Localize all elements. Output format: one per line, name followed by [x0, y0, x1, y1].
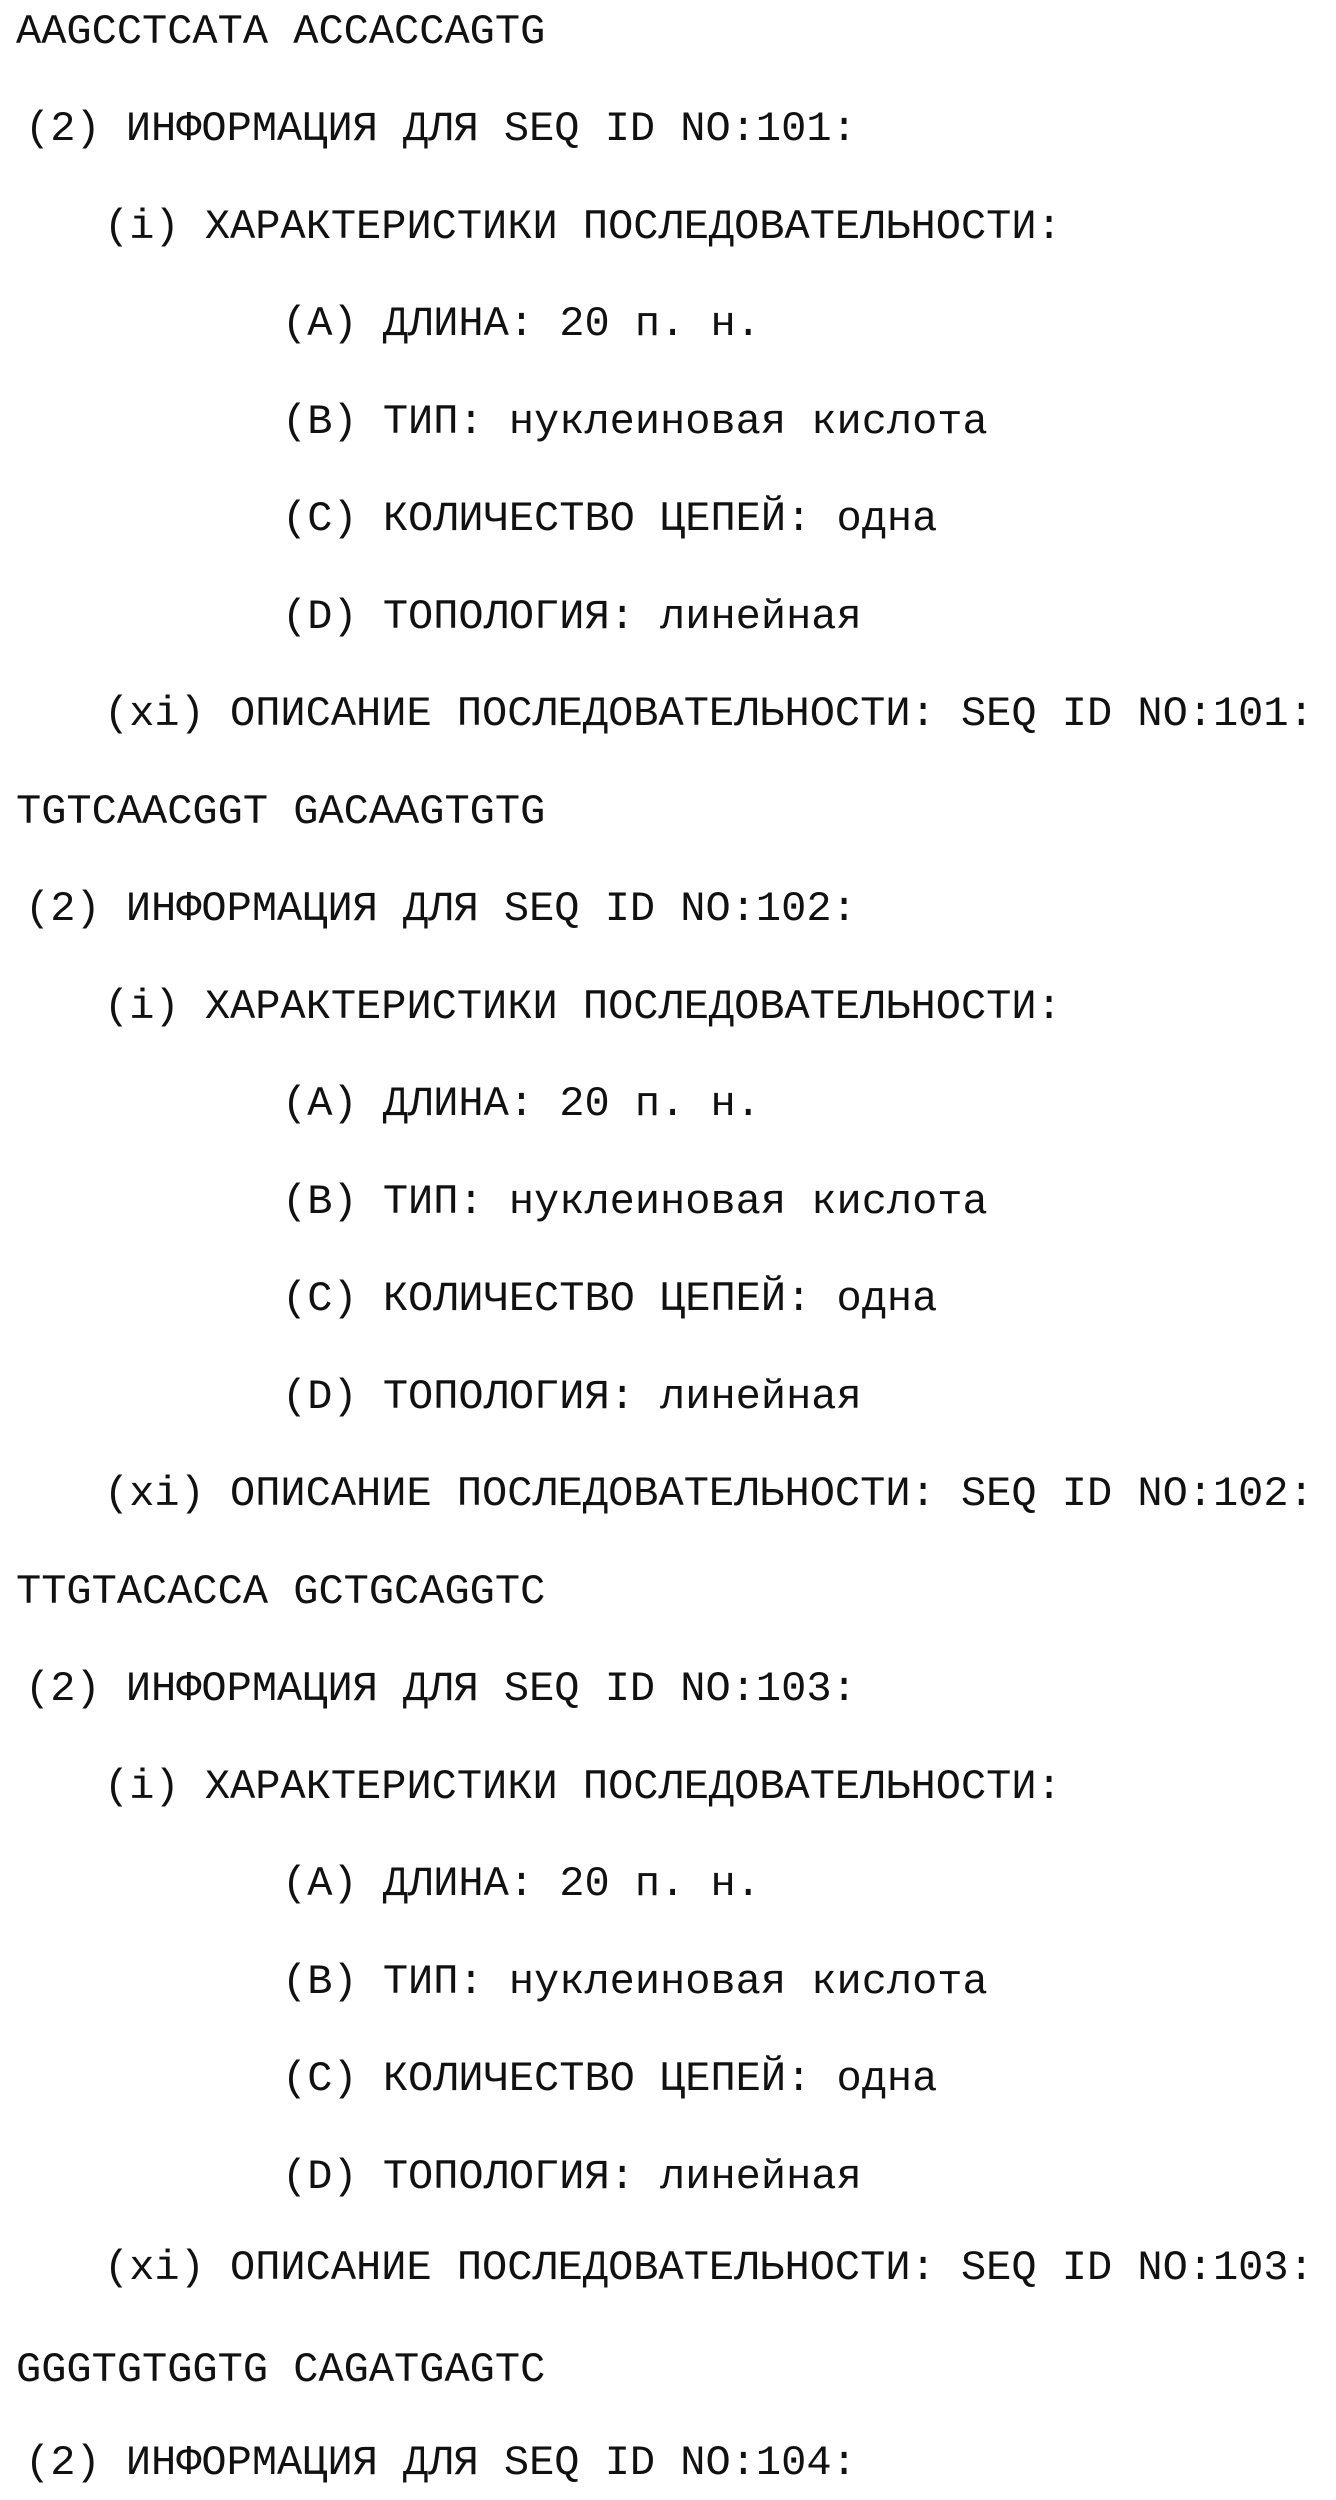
- type-field: (B) ТИП: нуклеиновая кислота: [282, 397, 988, 447]
- sequence-description-heading: (xi) ОПИСАНИЕ ПОСЛЕДОВАТЕЛЬНОСТИ: SEQ ID…: [104, 2243, 1314, 2293]
- length-field: (A) ДЛИНА: 20 п. н.: [282, 299, 761, 349]
- sequence-line: TTGTACACCA GCTGCAGGTC: [16, 1567, 545, 1617]
- sequence-line: TGTCAACGGT GACAAGTGTG: [16, 787, 545, 837]
- sequence-line: GGGTGTGGTG CAGATGAGTC: [16, 2345, 545, 2395]
- length-field: (A) ДЛИНА: 20 п. н.: [282, 1079, 761, 1129]
- seq-info-heading: (2) ИНФОРМАЦИЯ ДЛЯ SEQ ID NO:101:: [25, 104, 857, 154]
- characteristics-heading: (i) ХАРАКТЕРИСТИКИ ПОСЛЕДОВАТЕЛЬНОСТИ:: [104, 202, 1062, 252]
- topology-field: (D) ТОПОЛОГИЯ: линейная: [282, 2152, 862, 2202]
- strandedness-field: (C) КОЛИЧЕСТВО ЦЕПЕЙ: одна: [282, 2054, 937, 2104]
- strandedness-field: (C) КОЛИЧЕСТВО ЦЕПЕЙ: одна: [282, 1274, 937, 1324]
- type-field: (B) ТИП: нуклеиновая кислота: [282, 1177, 988, 1227]
- seq-info-heading: (2) ИНФОРМАЦИЯ ДЛЯ SEQ ID NO:102:: [25, 884, 857, 934]
- characteristics-heading: (i) ХАРАКТЕРИСТИКИ ПОСЛЕДОВАТЕЛЬНОСТИ:: [104, 1762, 1062, 1812]
- length-field: (A) ДЛИНА: 20 п. н.: [282, 1859, 761, 1909]
- type-field: (B) ТИП: нуклеиновая кислота: [282, 1957, 988, 2007]
- document-page: AAGCCTCATA ACCACCAGTG (2) ИНФОРМАЦИЯ ДЛЯ…: [0, 0, 1336, 2500]
- sequence-description-heading: (xi) ОПИСАНИЕ ПОСЛЕДОВАТЕЛЬНОСТИ: SEQ ID…: [104, 1469, 1314, 1519]
- characteristics-heading: (i) ХАРАКТЕРИСТИКИ ПОСЛЕДОВАТЕЛЬНОСТИ:: [104, 982, 1062, 1032]
- seq-info-heading: (2) ИНФОРМАЦИЯ ДЛЯ SEQ ID NO:104:: [25, 2438, 857, 2488]
- topology-field: (D) ТОПОЛОГИЯ: линейная: [282, 592, 862, 642]
- sequence-line: AAGCCTCATA ACCACCAGTG: [16, 7, 545, 57]
- sequence-description-heading: (xi) ОПИСАНИЕ ПОСЛЕДОВАТЕЛЬНОСТИ: SEQ ID…: [104, 689, 1314, 739]
- strandedness-field: (C) КОЛИЧЕСТВО ЦЕПЕЙ: одна: [282, 494, 937, 544]
- seq-info-heading: (2) ИНФОРМАЦИЯ ДЛЯ SEQ ID NO:103:: [25, 1664, 857, 1714]
- topology-field: (D) ТОПОЛОГИЯ: линейная: [282, 1372, 862, 1422]
